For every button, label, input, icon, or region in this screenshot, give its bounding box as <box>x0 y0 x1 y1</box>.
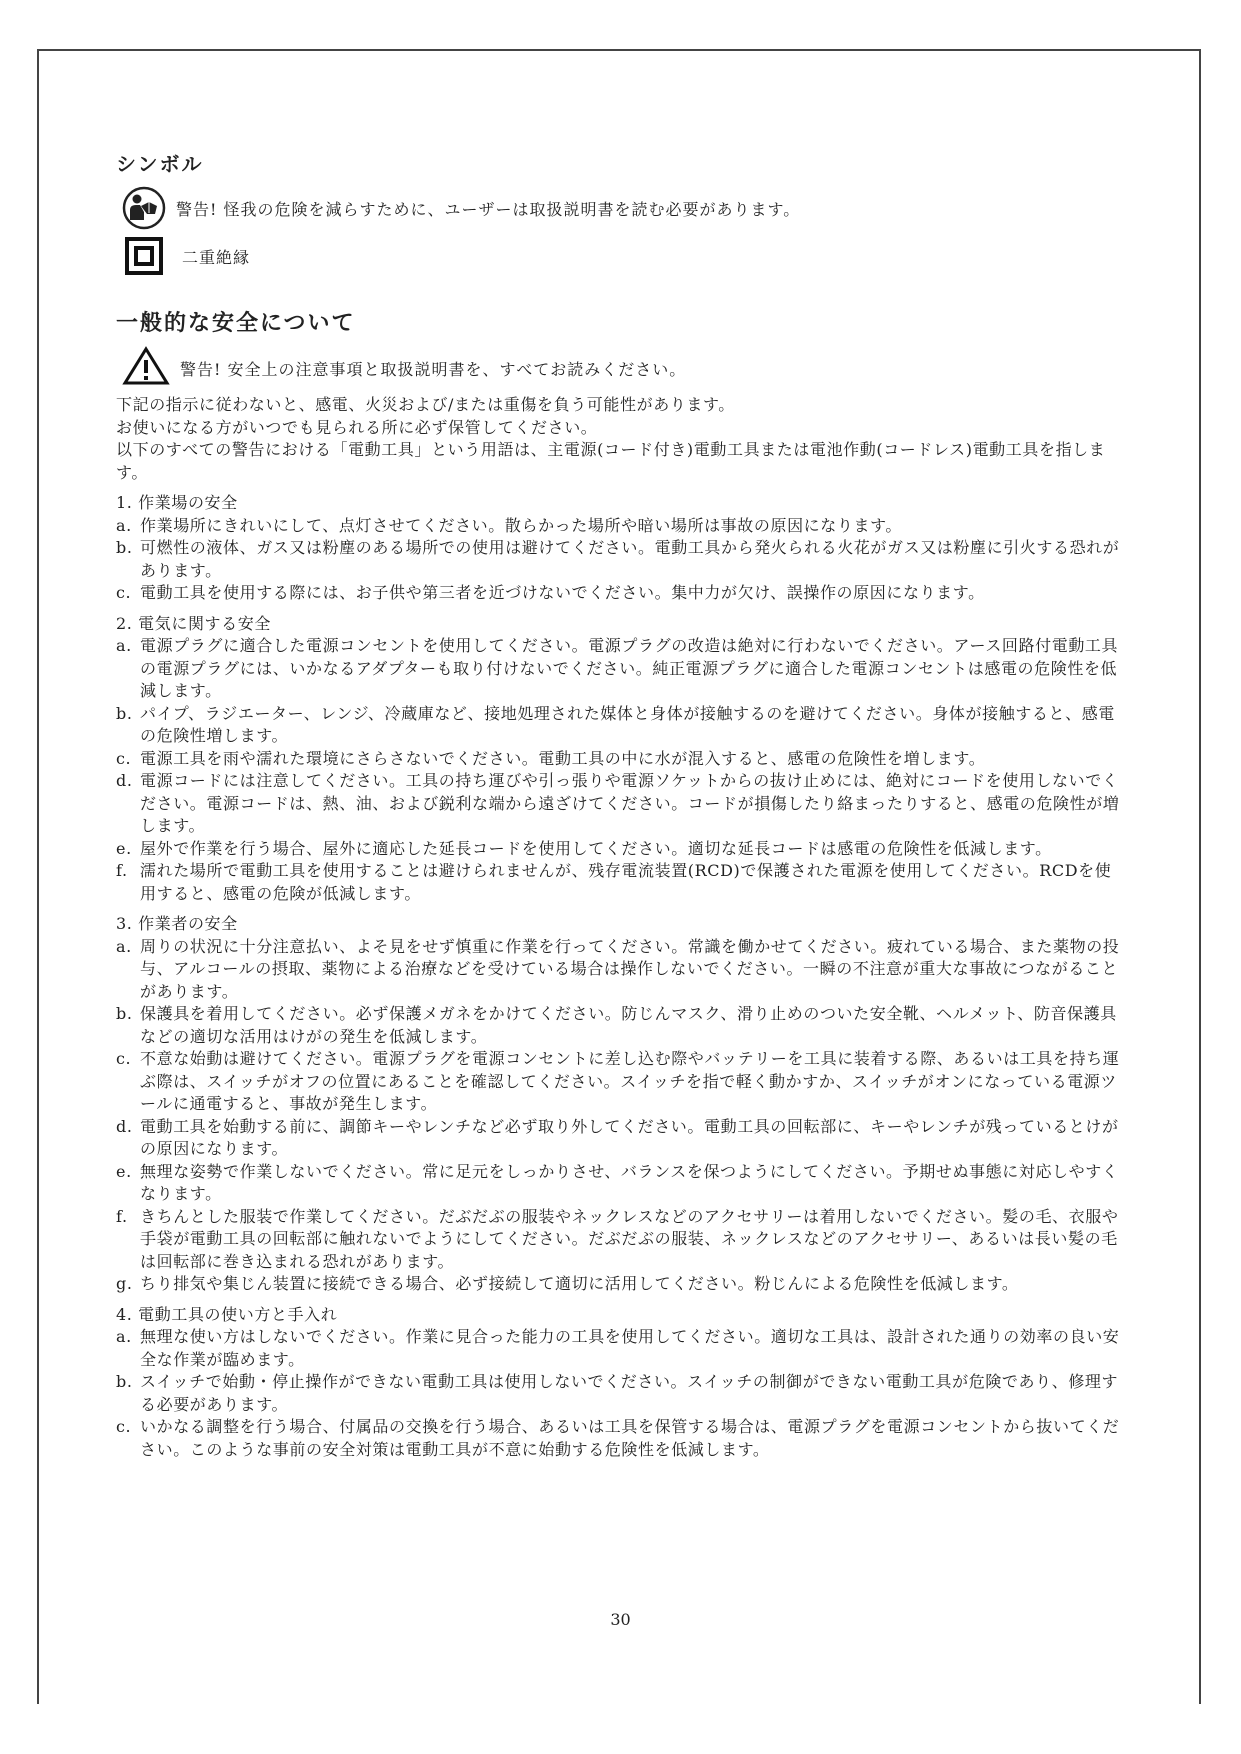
section-personal-safety: 3. 作業者の安全 a.周りの状況に十分注意払い、よそ見をせず慎重に作業を行って… <box>116 913 1126 1296</box>
list-item: f.濡れた場所で電動工具を使用することは避けられませんが、残存電流装置(RCD)… <box>116 860 1126 905</box>
list-item: c.電源工具を雨や濡れた環境にさらさないでください。電動工具の中に水が混入すると… <box>116 748 1126 771</box>
item-text: 作業場所にきれいにして、点灯させてください。散らかった場所や暗い場所は事故の原因… <box>140 515 1126 538</box>
item-label: a. <box>116 635 140 703</box>
list-item: g.ちり排気や集じん装置に接続できる場合、必ず接続して適切に活用してください。粉… <box>116 1273 1126 1296</box>
item-label: b. <box>116 537 140 582</box>
list-item: a.無理な使い方はしないでください。作業に見合った能力の工具を使用してください。… <box>116 1326 1126 1371</box>
item-text: スイッチで始動・停止操作ができない電動工具は使用しないでください。スイッチの制御… <box>140 1371 1126 1416</box>
item-label: c. <box>116 748 140 771</box>
item-label: g. <box>116 1273 140 1296</box>
item-text: 屋外で作業を行う場合、屋外に適応した延長コードを使用してください。適切な延長コー… <box>140 838 1126 861</box>
page-number: 30 <box>0 1610 1241 1629</box>
item-label: a. <box>116 515 140 538</box>
symbols-heading: シンボル <box>116 148 1126 180</box>
item-label: a. <box>116 1326 140 1371</box>
item-label: c. <box>116 582 140 605</box>
list-item: b.保護具を着用してください。必ず保護メガネをかけてください。防じんマスク、滑り… <box>116 1003 1126 1048</box>
item-text: ちり排気や集じん装置に接続できる場合、必ず接続して適切に活用してください。粉じん… <box>140 1273 1126 1296</box>
item-label: c. <box>116 1048 140 1116</box>
item-text: きちんとした服装で作業してください。だぶだぶの服装やネックレスなどのアクセサリー… <box>140 1206 1126 1274</box>
general-safety-heading: 一般的な安全について <box>116 306 1126 340</box>
list-item: c.電動工具を使用する際には、お子供や第三者を近づけないでください。集中力が欠け… <box>116 582 1126 605</box>
item-text: 無理な姿勢で作業しないでください。常に足元をしっかりさせ、バランスを保つようにし… <box>140 1161 1126 1206</box>
item-text: 無理な使い方はしないでください。作業に見合った能力の工具を使用してください。適切… <box>140 1326 1126 1371</box>
list-item: e.無理な姿勢で作業しないでください。常に足元をしっかりさせ、バランスを保つよう… <box>116 1161 1126 1206</box>
general-warning-row: 警告! 安全上の注意事項と取扱説明書を、すべてお読みください。 <box>116 346 1126 390</box>
list-item: a.作業場所にきれいにして、点灯させてください。散らかった場所や暗い場所は事故の… <box>116 515 1126 538</box>
item-text: 電源コードには注意してください。工具の持ち運びや引っ張りや電源ソケットからの抜け… <box>140 770 1126 838</box>
intro-line-3: 以下のすべての警告における「電動工具」という用語は、主電源(コード付き)電動工具… <box>116 439 1126 484</box>
list-item: d.電源コードには注意してください。工具の持ち運びや引っ張りや電源ソケットからの… <box>116 770 1126 838</box>
item-label: e. <box>116 838 140 861</box>
list-item: a.電源プラグに適合した電源コンセントを使用してください。電源プラグの改造は絶対… <box>116 635 1126 703</box>
section-title: 4. 電動工具の使い方と手入れ <box>116 1304 1126 1327</box>
item-label: c. <box>116 1416 140 1461</box>
item-text: 可燃性の液体、ガス又は粉塵のある場所での使用は避けてください。電動工具から発火ら… <box>140 537 1126 582</box>
section-title: 2. 電気に関する安全 <box>116 613 1126 636</box>
list-item: b.可燃性の液体、ガス又は粉塵のある場所での使用は避けてください。電動工具から発… <box>116 537 1126 582</box>
section-electrical-safety: 2. 電気に関する安全 a.電源プラグに適合した電源コンセントを使用してください… <box>116 613 1126 906</box>
section-power-tool-use-and-care: 4. 電動工具の使い方と手入れ a.無理な使い方はしないでください。作業に見合っ… <box>116 1304 1126 1462</box>
item-label: b. <box>116 1003 140 1048</box>
symbol-row-double-insulation: 二重絶縁 <box>116 232 1126 280</box>
item-text: 電源プラグに適合した電源コンセントを使用してください。電源プラグの改造は絶対に行… <box>140 635 1126 703</box>
item-label: d. <box>116 1116 140 1161</box>
list-item: c.いかなる調整を行う場合、付属品の交換を行う場合、あるいは工具を保管する場合は… <box>116 1416 1126 1461</box>
symbol-manual-text: 警告! 怪我の危険を減らすために、ユーザーは取扱説明書を読む必要があります。 <box>176 197 800 220</box>
item-text: 電源工具を雨や濡れた環境にさらさないでください。電動工具の中に水が混入すると、感… <box>140 748 1126 771</box>
item-text: 電動工具を始動する前に、調節キーやレンチなど必ず取り外してください。電動工具の回… <box>140 1116 1126 1161</box>
item-label: f. <box>116 860 140 905</box>
section-work-area-safety: 1. 作業場の安全 a.作業場所にきれいにして、点灯させてください。散らかった場… <box>116 492 1126 605</box>
list-item: c.不意な始動は避けてください。電源プラグを電源コンセントに差し込む際やバッテリ… <box>116 1048 1126 1116</box>
page-content: シンボル 警告! 怪我の危険を減らすために、ユーザーは取扱説明書を読む必要があり… <box>116 148 1126 1461</box>
list-item: b.パイプ、ラジエーター、レンジ、冷蔵庫など、接地処理された媒体と身体が接触する… <box>116 703 1126 748</box>
symbol-row-manual: 警告! 怪我の危険を減らすために、ユーザーは取扱説明書を読む必要があります。 <box>116 184 1126 232</box>
section-title: 1. 作業場の安全 <box>116 492 1126 515</box>
item-label: a. <box>116 936 140 1004</box>
item-text: パイプ、ラジエーター、レンジ、冷蔵庫など、接地処理された媒体と身体が接触するのを… <box>140 703 1126 748</box>
intro-line-1: 下記の指示に従わないと、感電、火災および/または重傷を負う可能性があります。 <box>116 394 1126 417</box>
symbol-double-insulation-text: 二重絶縁 <box>182 245 250 268</box>
item-label: b. <box>116 703 140 748</box>
list-item: d.電動工具を始動する前に、調節キーやレンチなど必ず取り外してください。電動工具… <box>116 1116 1126 1161</box>
intro-line-2: お使いになる方がいつでも見られる所に必ず保管してください。 <box>116 417 1126 440</box>
section-title: 3. 作業者の安全 <box>116 913 1126 936</box>
general-warning-text: 警告! 安全上の注意事項と取扱説明書を、すべてお読みください。 <box>180 357 686 380</box>
item-label: d. <box>116 770 140 838</box>
item-text: 濡れた場所で電動工具を使用することは避けられませんが、残存電流装置(RCD)で保… <box>140 860 1126 905</box>
item-text: 電動工具を使用する際には、お子供や第三者を近づけないでください。集中力が欠け、誤… <box>140 582 1126 605</box>
list-item: f.きちんとした服装で作業してください。だぶだぶの服装やネックレスなどのアクセサ… <box>116 1206 1126 1274</box>
item-text: いかなる調整を行う場合、付属品の交換を行う場合、あるいは工具を保管する場合は、電… <box>140 1416 1126 1461</box>
list-item: a.周りの状況に十分注意払い、よそ見をせず慎重に作業を行ってください。常識を働か… <box>116 936 1126 1004</box>
read-manual-icon <box>122 186 166 230</box>
list-item: e.屋外で作業を行う場合、屋外に適応した延長コードを使用してください。適切な延長… <box>116 838 1126 861</box>
item-label: f. <box>116 1206 140 1274</box>
item-text: 不意な始動は避けてください。電源プラグを電源コンセントに差し込む際やバッテリーを… <box>140 1048 1126 1116</box>
warning-triangle-icon <box>116 346 180 390</box>
item-text: 周りの状況に十分注意払い、よそ見をせず慎重に作業を行ってください。常識を働かせて… <box>140 936 1126 1004</box>
double-insulation-icon <box>122 234 166 278</box>
item-text: 保護具を着用してください。必ず保護メガネをかけてください。防じんマスク、滑り止め… <box>140 1003 1126 1048</box>
general-intro: 下記の指示に従わないと、感電、火災および/または重傷を負う可能性があります。 お… <box>116 394 1126 484</box>
item-label: e. <box>116 1161 140 1206</box>
list-item: b.スイッチで始動・停止操作ができない電動工具は使用しないでください。スイッチの… <box>116 1371 1126 1416</box>
item-label: b. <box>116 1371 140 1416</box>
